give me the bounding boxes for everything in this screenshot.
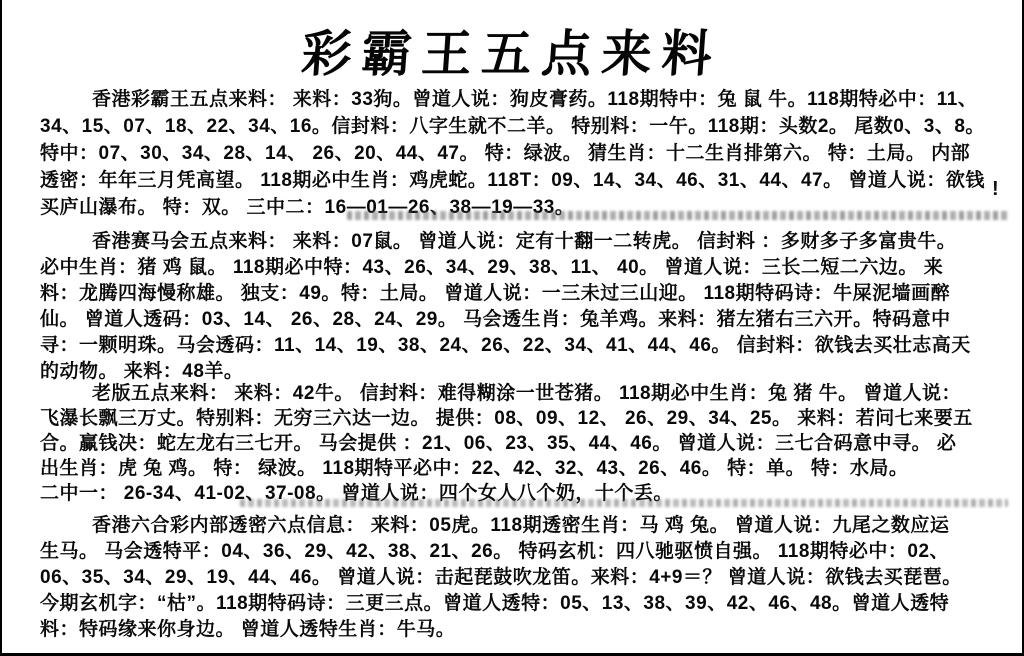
text-line: 料：龙腾四海慢称雄。 独支：49。特：土局。 曾道人说：一三未过三山迎。 118…	[40, 281, 1015, 307]
text-line: 34、15、07、18、22、34、16。信封料：八字生就不二羊。 特别料：一午…	[40, 113, 1015, 140]
paragraph-old-version-five-point: 老版五点来料： 来料：42牛。 信封料：难得糊涂一世苍猪。 118期必中生肖：兔…	[40, 381, 1015, 506]
text-line: 透密：年年三月凭高望。 118期必中生肖：鸡虎蛇。118T：09、14、34、4…	[40, 167, 1015, 194]
tip-sheet-page: 彩霸王五点来料 香港彩霸王五点来料： 来料：33狗。曾道人说：狗皮膏药。118期…	[0, 0, 1024, 656]
paragraph-jockey-club-five-point: 香港赛马会五点来料： 来料：07鼠。 曾道人说：定有十翻一二转虎。 信封料 ：多…	[40, 229, 1015, 385]
text-line: 06、35、34、29、19、44、46。 曾道人说：击起琵鼓吹龙笛。来料：4+…	[40, 565, 1015, 591]
text-line: 生马。 马会透特平：04、36、29、42、38、21、26。 特码玄机：四八驰…	[40, 539, 1015, 565]
text-line: 寻：一颗明珠。马会透码：11、14、19、38、24、26、22、34、41、4…	[40, 333, 1015, 359]
text-line: 香港彩霸王五点来料： 来料：33狗。曾道人说：狗皮膏药。118期特中：兔 鼠 牛…	[40, 86, 1015, 113]
text-line: 合。赢钱决：蛇左龙右三七开。 马会提供 ：21、06、23、35、44、46。 …	[40, 431, 1015, 456]
text-line: 香港六合彩内部透密六点信息： 来料：05虎。118期透密生肖：马 鸡 兔。 曾道…	[40, 513, 1015, 539]
text-line: 仙。 曾道人透码：03、14、 26、28、24、29。 马会透生肖：兔羊鸡。来…	[40, 307, 1015, 333]
text-line: 飞瀑长飘三万丈。特别料：无穷三六达一边。 提供：08、09、12、 26、29、…	[40, 406, 1015, 431]
text-line: 必中生肖：猪 鸡 鼠。 118期必中特：43、26、34、29、38、11、 4…	[40, 255, 1015, 281]
text-line: 料：特码缘来你身边。 曾道人透特生肖：牛马。	[40, 617, 1015, 643]
text-line: 老版五点来料： 来料：42牛。 信封料：难得糊涂一世苍猪。 118期必中生肖：兔…	[40, 381, 1015, 406]
paragraph-caibawang-five-point: 香港彩霸王五点来料： 来料：33狗。曾道人说：狗皮膏药。118期特中：兔 鼠 牛…	[40, 86, 1015, 221]
paragraph-mark-six-insider-six-point: 香港六合彩内部透密六点信息： 来料：05虎。118期透密生肖：马 鸡 兔。 曾道…	[40, 513, 1015, 643]
text-line: 香港赛马会五点来料： 来料：07鼠。 曾道人说：定有十翻一二转虎。 信封料 ：多…	[40, 229, 1015, 255]
defaced-line-smudge	[347, 211, 1009, 220]
text-line: 特中：07、30、34、28、14、 26、20、44、47。 特：绿波。 猜生…	[40, 140, 1015, 167]
defaced-line-smudge	[240, 499, 1008, 507]
text-line: 出生肖：虎 兔 鸡。 特： 绿波。 118期特平必中：22、42、32、43、2…	[40, 456, 1015, 481]
stray-exclamation-mark: !	[992, 178, 999, 201]
page-title: 彩霸王五点来料	[0, 14, 1024, 86]
text-line: 今期玄机字：“枯”。118期特码诗：三更三点。曾道人透特：05、13、38、39…	[40, 591, 1015, 617]
